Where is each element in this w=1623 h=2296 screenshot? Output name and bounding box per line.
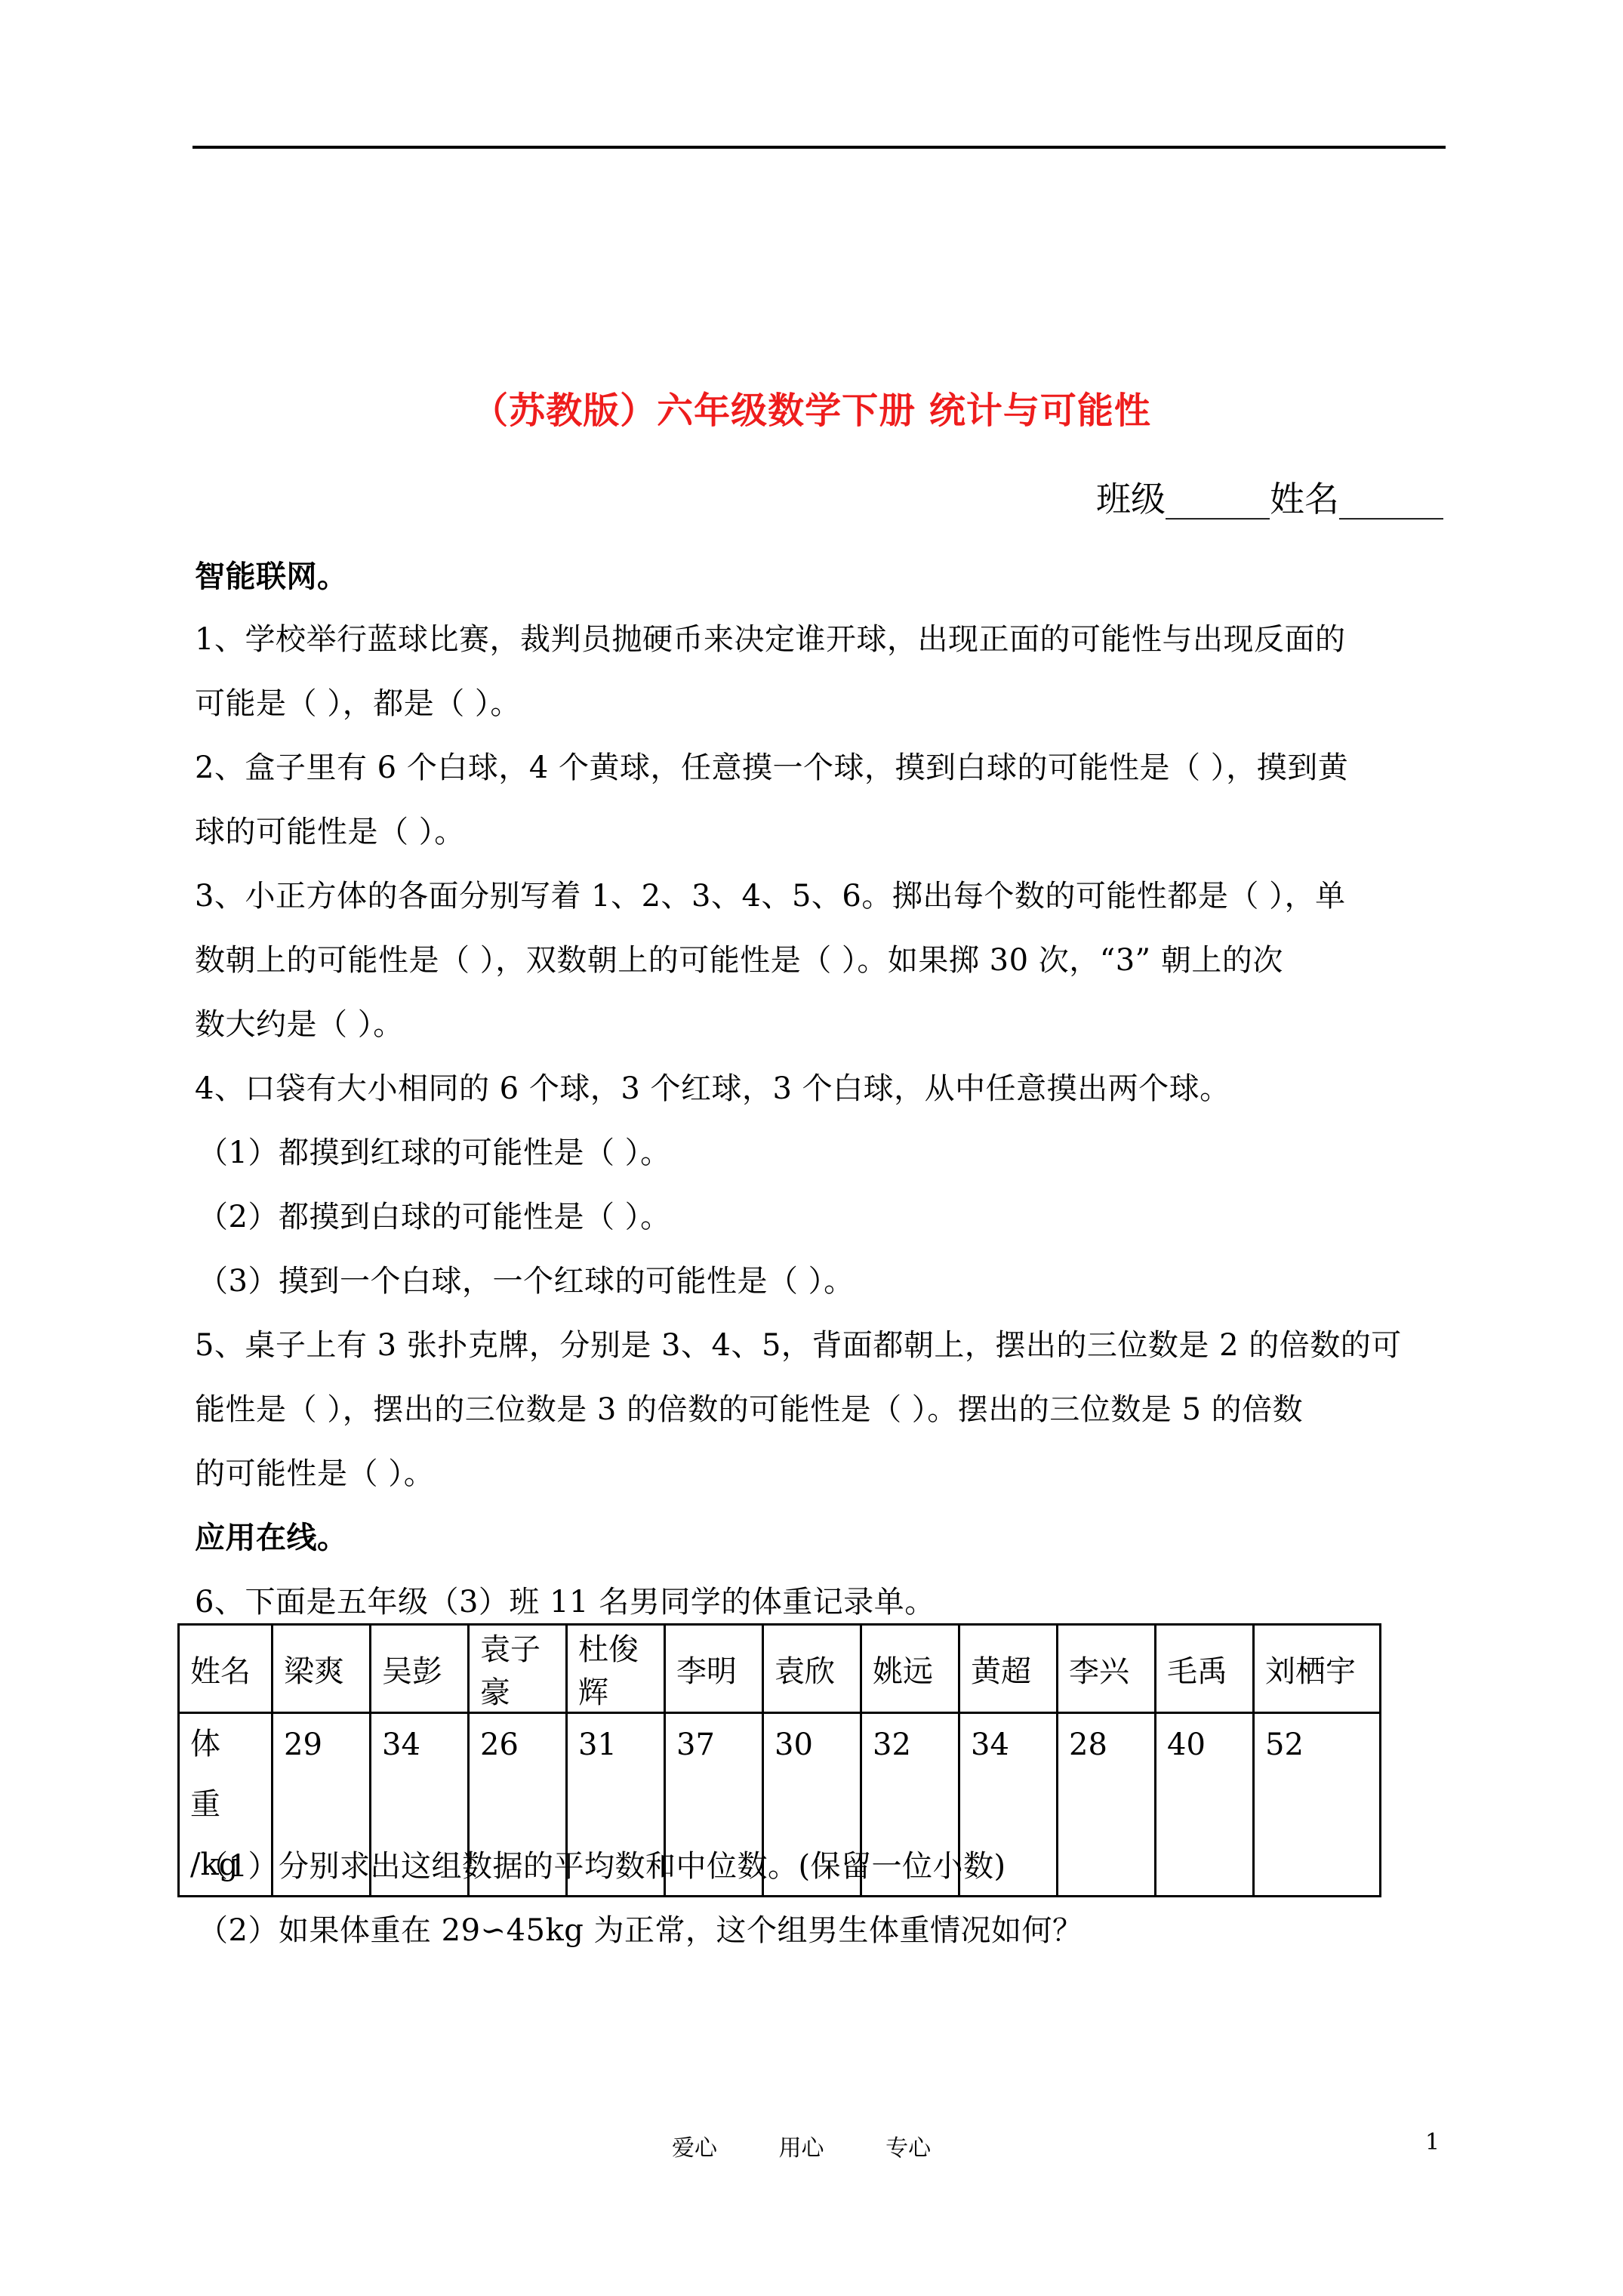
footer-item: 专心: [885, 2135, 931, 2162]
footer-motto: 爱心 用心 专心: [672, 2129, 985, 2162]
row-header-weight-line1: 体 重: [190, 1714, 260, 1835]
question-line: （1）都摸到红球的可能性是（ ）。: [198, 1129, 671, 1172]
name-cell: 吴彭: [371, 1625, 469, 1713]
question-line: （2）都摸到白球的可能性是（ ）。: [198, 1193, 671, 1236]
sub-question: （2）如果体重在 29∽45kg 为正常，这个组男生体重情况如何？: [198, 1906, 1083, 1949]
class-name-field: 班级______姓名______: [1096, 472, 1443, 522]
name-cell: 梁爽: [273, 1625, 371, 1713]
header-rule: [192, 146, 1446, 149]
name-cell: 李兴: [1058, 1625, 1156, 1713]
name-cell: 毛禹: [1156, 1625, 1254, 1713]
weight-cell: 28: [1058, 1713, 1156, 1897]
question-line: 可能是（ ），都是（ ）。: [195, 680, 521, 723]
name-cell: 杜俊辉: [567, 1625, 665, 1713]
name-cell: 姚远: [861, 1625, 959, 1713]
question-line: 的可能性是（ ）。: [195, 1450, 434, 1493]
name-cell: 刘栖宇: [1254, 1625, 1381, 1713]
document-title: （苏教版）六年级数学下册 统计与可能性: [0, 381, 1623, 433]
question-line: （3）摸到一个白球，一个红球的可能性是（ ）。: [198, 1257, 855, 1300]
table-header-row: 姓名 梁爽 吴彭 袁子豪 杜俊辉 李明 袁欣 姚远 黄超 李兴 毛禹 刘栖宇: [179, 1625, 1381, 1713]
footer-item: 用心: [779, 2135, 824, 2162]
name-cell: 黄超: [959, 1625, 1058, 1713]
section-heading-1: 智能联网。: [195, 553, 348, 596]
question-line: 数朝上的可能性是（ ），双数朝上的可能性是（ ）。如果掷 30 次，“3” 朝上…: [195, 936, 1283, 979]
section-heading-2: 应用在线。: [195, 1514, 348, 1557]
weight-cell: 52: [1254, 1713, 1381, 1897]
name-cell: 袁欣: [763, 1625, 861, 1713]
footer-item: 爱心: [672, 2135, 717, 2162]
question-line: 5、桌子上有 3 张扑克牌，分别是 3、4、5，背面都朝上，摆出的三位数是 2 …: [195, 1321, 1402, 1364]
question-line: 2、盒子里有 6 个白球，4 个黄球，任意摸一个球，摸到白球的可能性是（ ），摸…: [195, 744, 1348, 787]
question-line: 4、口袋有大小相同的 6 个球，3 个红球，3 个白球，从中任意摸出两个球。: [195, 1065, 1230, 1108]
name-cell: 袁子豪: [469, 1625, 567, 1713]
question-line: 数大约是（ ）。: [195, 1000, 404, 1043]
page-number: 1: [1425, 2129, 1440, 2156]
question-line: 能性是（ ），摆出的三位数是 3 的倍数的可能性是（ ）。摆出的三位数是 5 的…: [195, 1385, 1303, 1428]
question-line: 1、学校举行蓝球比赛，裁判员抛硬币来决定谁开球，出现正面的可能性与出现反面的: [195, 615, 1345, 658]
question-line: 球的可能性是（ ）。: [195, 808, 465, 851]
sub-question: （1）分别求出这组数据的平均数和中位数。(保留一位小数): [198, 1842, 1006, 1885]
weight-cell: 40: [1156, 1713, 1254, 1897]
name-cell: 李明: [665, 1625, 763, 1713]
question-intro: 6、下面是五年级（3）班 11 名男同学的体重记录单。: [195, 1578, 935, 1621]
row-header-name: 姓名: [179, 1625, 273, 1713]
question-line: 3、小正方体的各面分别写着 1、2、3、4、5、6。掷出每个数的可能性都是（ ）…: [195, 872, 1346, 915]
